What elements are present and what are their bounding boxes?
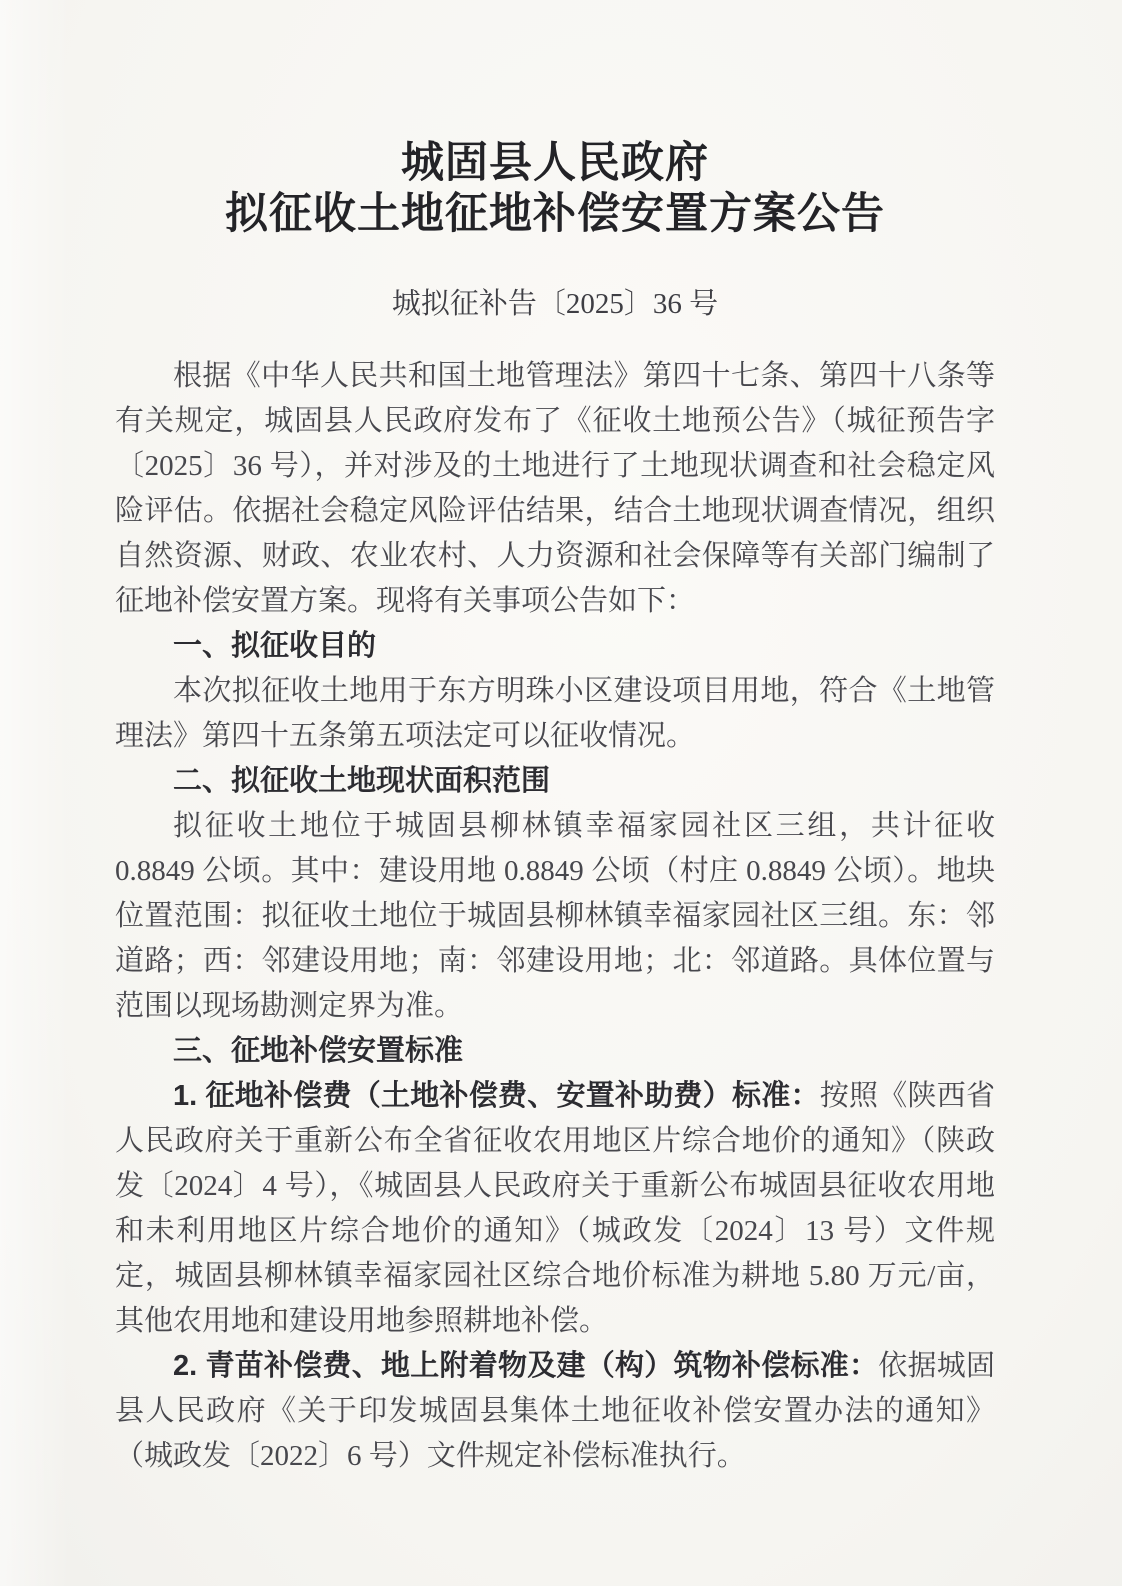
item1-body: 按照《陕西省人民政府关于重新公布全省征收农用地区片综合地价的通知》（陕政发〔20…	[115, 1080, 995, 1337]
document-body: 根据《中华人民共和国土地管理法》第四十七条、第四十八条等有关规定，城固县人民政府…	[115, 354, 995, 1479]
document-content: 城固县人民政府 拟征收土地征地补偿安置方案公告 城拟征补告〔2025〕36 号 …	[115, 138, 995, 1479]
section1-heading: 一、拟征收目的	[115, 624, 995, 669]
section3-item2-paragraph: 2. 青苗补偿费、地上附着物及建（构）筑物补偿标准：依据城固县人民政府《关于印发…	[115, 1344, 995, 1479]
document-number: 城拟征补告〔2025〕36 号	[115, 288, 995, 320]
section1-paragraph: 本次拟征收土地用于东方明珠小区建设项目用地，符合《土地管理法》第四十五条第五项法…	[115, 669, 995, 759]
section3-heading: 三、征地补偿安置标准	[115, 1029, 995, 1074]
document-title-line1: 城固县人民政府	[401, 140, 709, 187]
section2-paragraph: 拟征收土地位于城固县柳林镇幸福家园社区三组，共计征收 0.8849 公顷。其中：…	[115, 804, 995, 1029]
document-title-line2: 拟征收土地征地补偿安置方案公告	[225, 191, 885, 238]
section2-heading: 二、拟征收土地现状面积范围	[115, 759, 995, 804]
item2-lead: 2. 青苗补偿费、地上附着物及建（构）筑物补偿标准：	[173, 1350, 878, 1382]
scanned-document-page: 城固县人民政府 拟征收土地征地补偿安置方案公告 城拟征补告〔2025〕36 号 …	[0, 0, 1122, 1586]
section3-item1-paragraph: 1. 征地补偿费（土地补偿费、安置补助费）标准：按照《陕西省人民政府关于重新公布…	[115, 1074, 995, 1344]
intro-paragraph: 根据《中华人民共和国土地管理法》第四十七条、第四十八条等有关规定，城固县人民政府…	[115, 354, 995, 624]
scan-edge-artifact	[0, 0, 70, 1586]
document-title: 城固县人民政府 拟征收土地征地补偿安置方案公告	[115, 138, 995, 240]
item1-lead: 1. 征地补偿费（土地补偿费、安置补助费）标准：	[173, 1080, 820, 1112]
